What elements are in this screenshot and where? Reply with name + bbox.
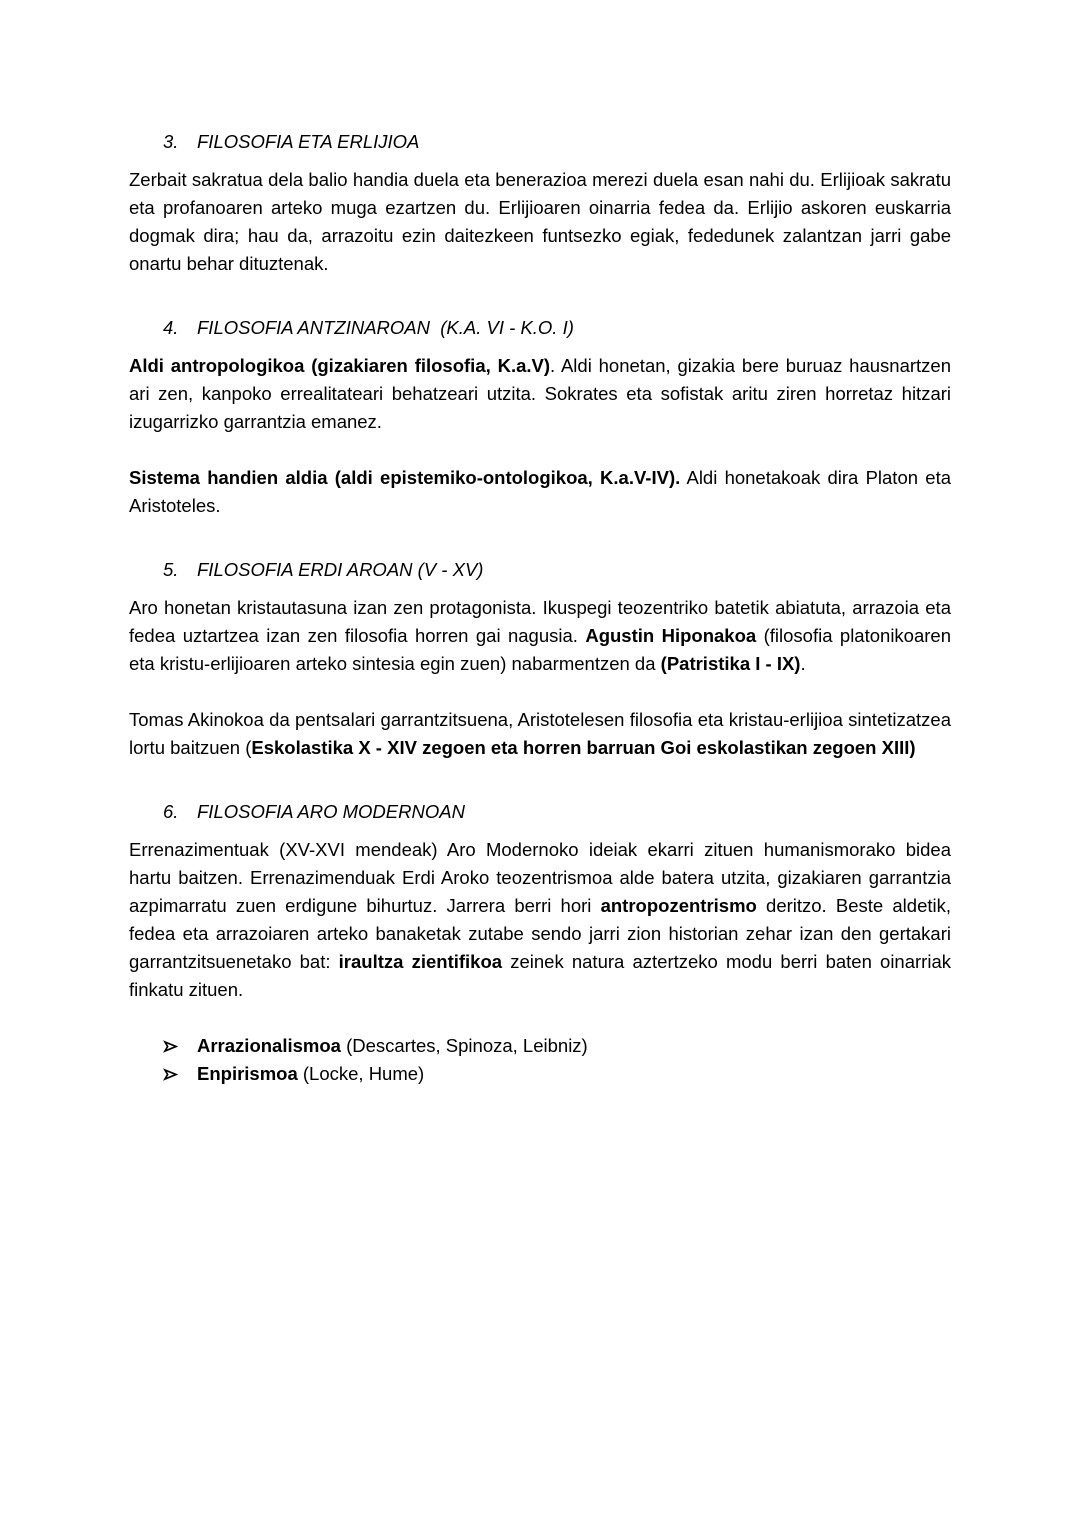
section-heading: 4.FILOSOFIA ANTZINAROAN (K.A. VI - K.O. … — [129, 314, 951, 342]
heading-number: 4. — [163, 314, 197, 342]
arrow-bullet-icon — [163, 1032, 197, 1060]
heading-number: 3. — [163, 128, 197, 156]
heading-title: FILOSOFIA ERDI AROAN (V - XV) — [197, 559, 483, 580]
text-run: antropozentrismo — [601, 895, 757, 916]
paragraph: Aro honetan kristautasuna izan zen prota… — [129, 594, 951, 678]
bullet-rest: (Locke, Hume) — [298, 1063, 424, 1084]
text-run: Zerbait sakratua dela balio handia duela… — [129, 169, 951, 274]
heading-number: 5. — [163, 556, 197, 584]
heading-number: 6. — [163, 798, 197, 826]
section-heading: 6.FILOSOFIA ARO MODERNOAN — [129, 798, 951, 826]
paragraph: Tomas Akinokoa da pentsalari garrantzits… — [129, 706, 951, 762]
paragraph: Aldi antropologikoa (gizakiaren filosofi… — [129, 352, 951, 436]
bullet-rest: (Descartes, Spinoza, Leibniz) — [341, 1035, 588, 1056]
text-run: (Patristika I - IX) — [661, 653, 801, 674]
section-heading: 5.FILOSOFIA ERDI AROAN (V - XV) — [129, 556, 951, 584]
heading-title: FILOSOFIA ANTZINAROAN (K.A. VI - K.O. I) — [197, 317, 574, 338]
bullet-term: Arrazionalismoa — [197, 1035, 341, 1056]
text-run: Eskolastika X - XIV zegoen eta horren ba… — [251, 737, 915, 758]
bullet-term: Enpirismoa — [197, 1063, 298, 1084]
text-run: Sistema handien aldia (aldi epistemiko-o… — [129, 467, 680, 488]
section-heading: 3.FILOSOFIA ETA ERLIJIOA — [129, 128, 951, 156]
bullet-list: Arrazionalismoa (Descartes, Spinoza, Lei… — [129, 1032, 951, 1088]
text-run: Aldi antropologikoa (gizakiaren filosofi… — [129, 355, 550, 376]
document-body: 3.FILOSOFIA ETA ERLIJIOAZerbait sakratua… — [129, 128, 951, 1088]
paragraph: Zerbait sakratua dela balio handia duela… — [129, 166, 951, 278]
heading-title: FILOSOFIA ARO MODERNOAN — [197, 801, 465, 822]
heading-title: FILOSOFIA ETA ERLIJIOA — [197, 131, 419, 152]
arrow-bullet-icon — [163, 1060, 197, 1088]
text-run: . — [800, 653, 805, 674]
paragraph: Sistema handien aldia (aldi epistemiko-o… — [129, 464, 951, 520]
document-page: 3.FILOSOFIA ETA ERLIJIOAZerbait sakratua… — [0, 0, 1080, 1525]
paragraph: Errenazimentuak (XV-XVI mendeak) Aro Mod… — [129, 836, 951, 1004]
list-item: Enpirismoa (Locke, Hume) — [129, 1060, 951, 1088]
text-run: iraultza zientifikoa — [339, 951, 502, 972]
list-item: Arrazionalismoa (Descartes, Spinoza, Lei… — [129, 1032, 951, 1060]
text-run: Agustin Hiponakoa — [585, 625, 756, 646]
